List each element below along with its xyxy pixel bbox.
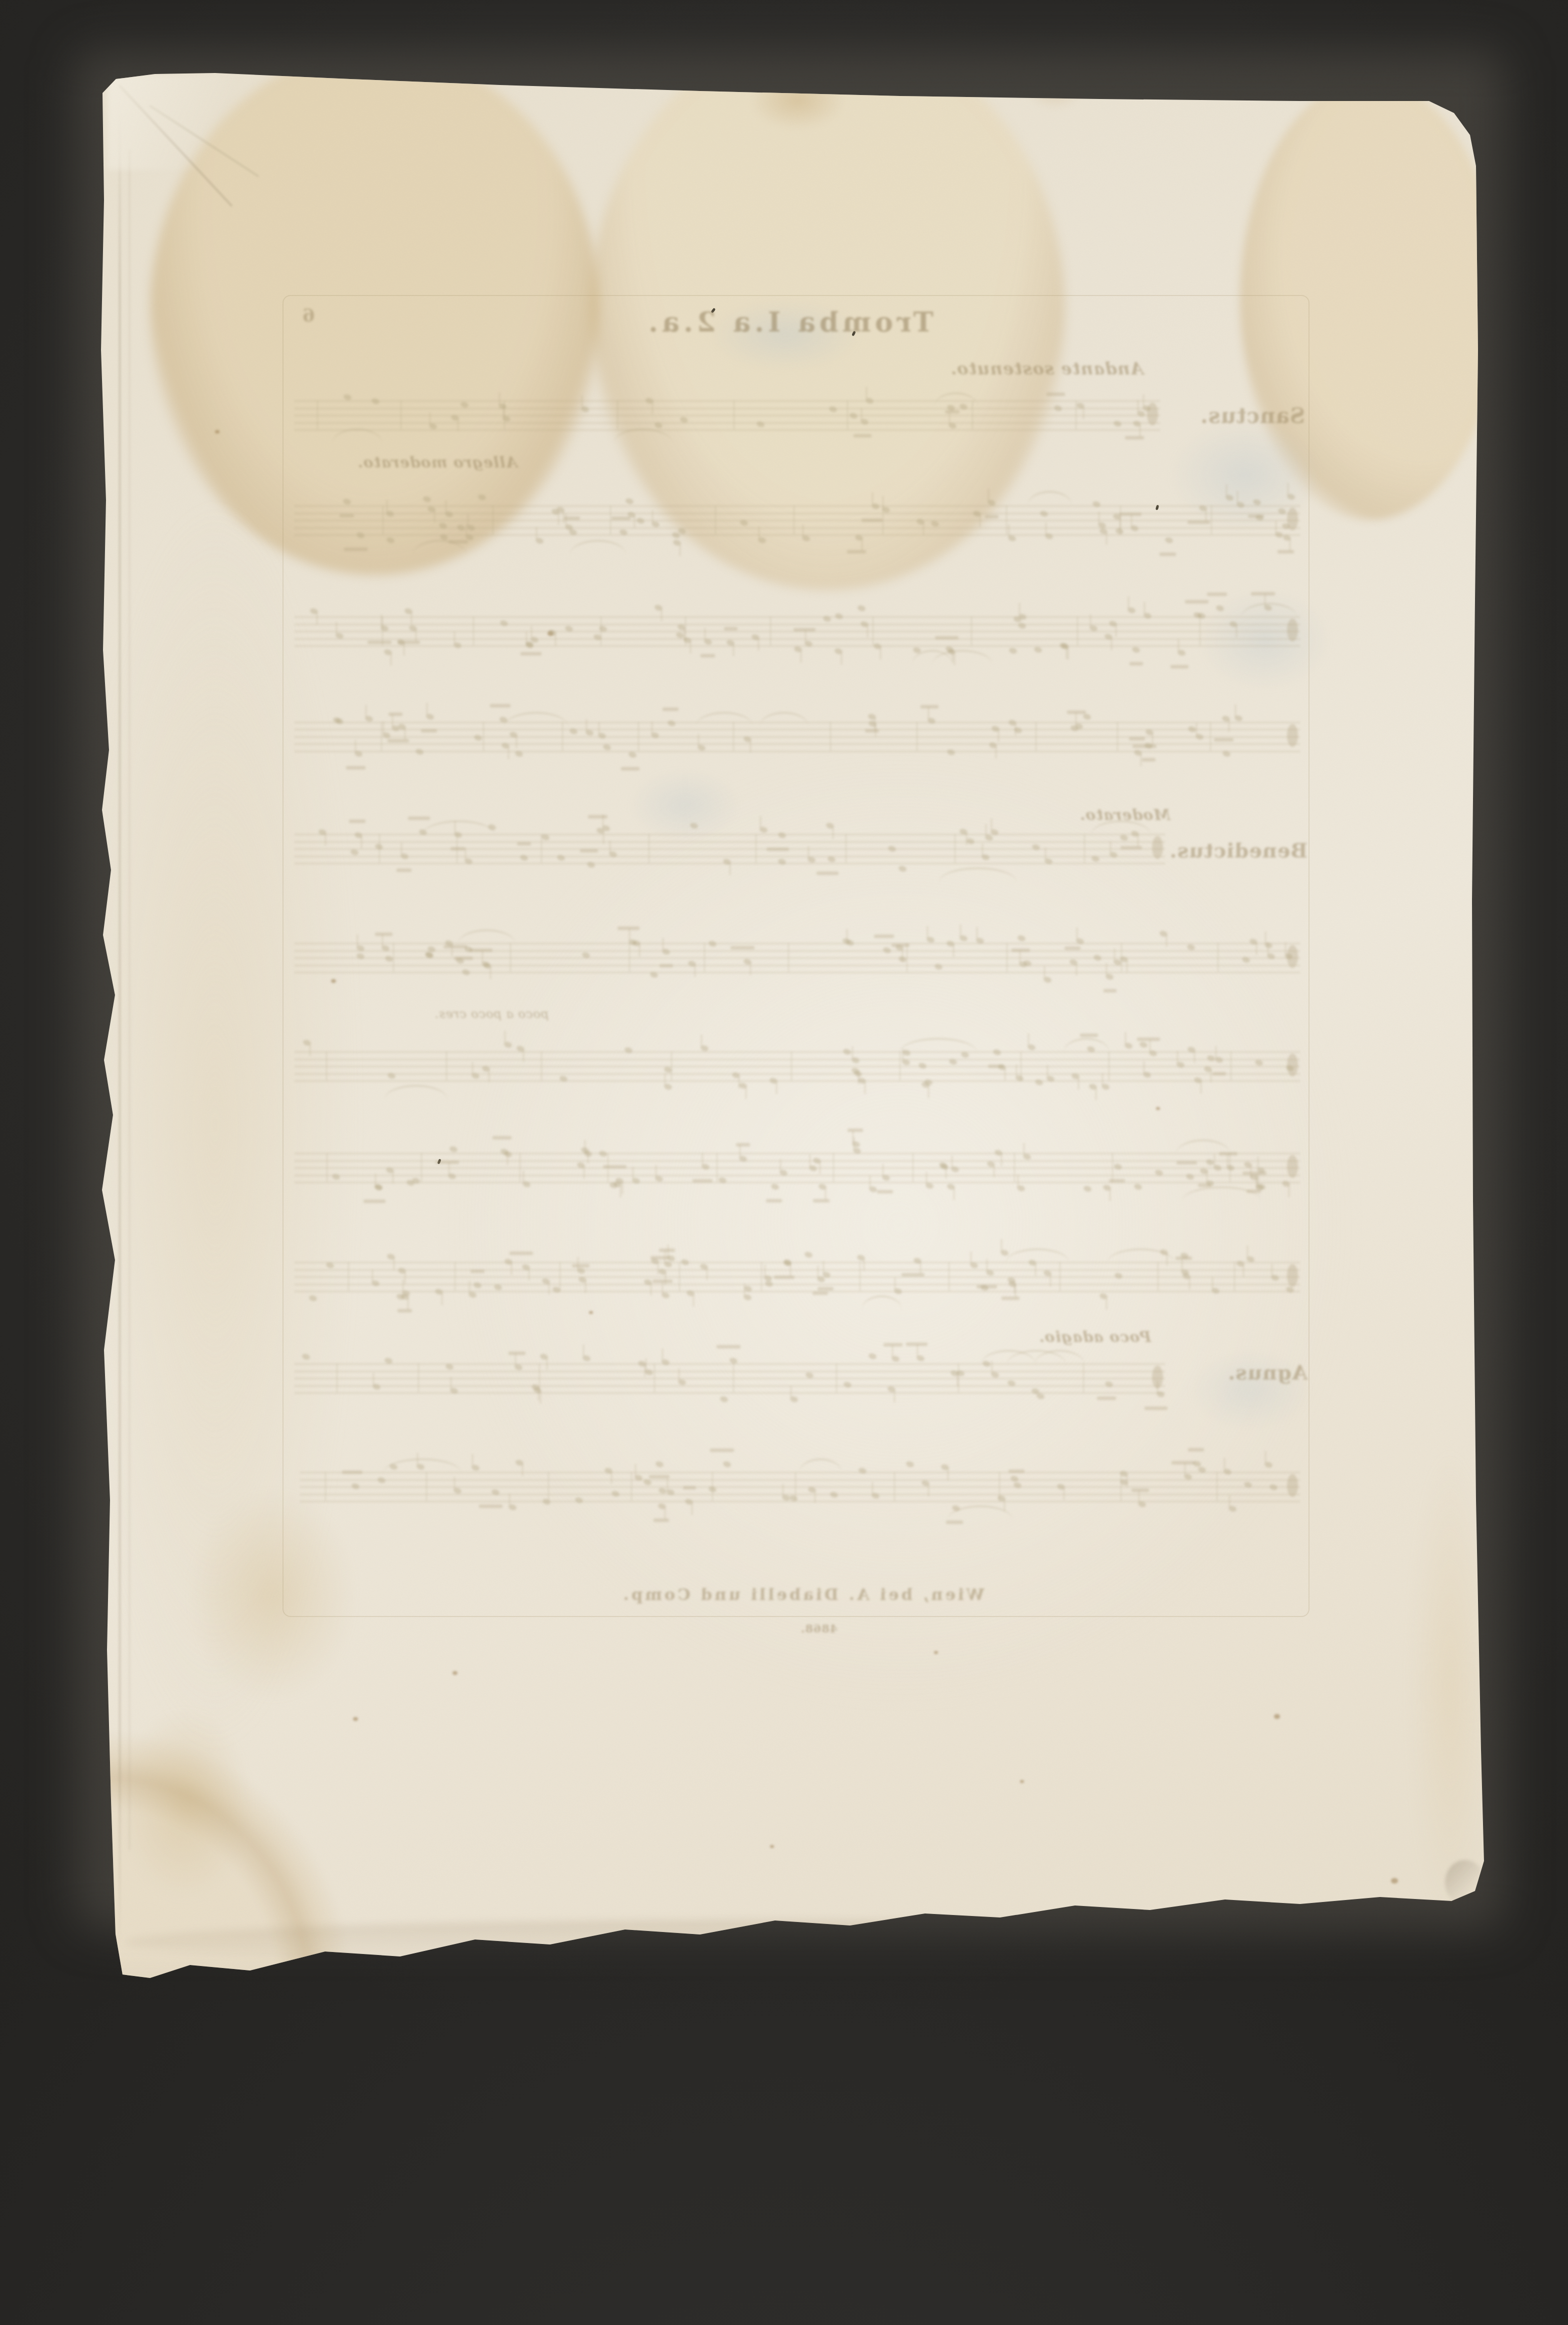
- scan-grain-texture: [0, 0, 1568, 2000]
- scanned-page: 6Tromba I.a 2.a.Andante sostenuto.Sanctu…: [0, 0, 1568, 2000]
